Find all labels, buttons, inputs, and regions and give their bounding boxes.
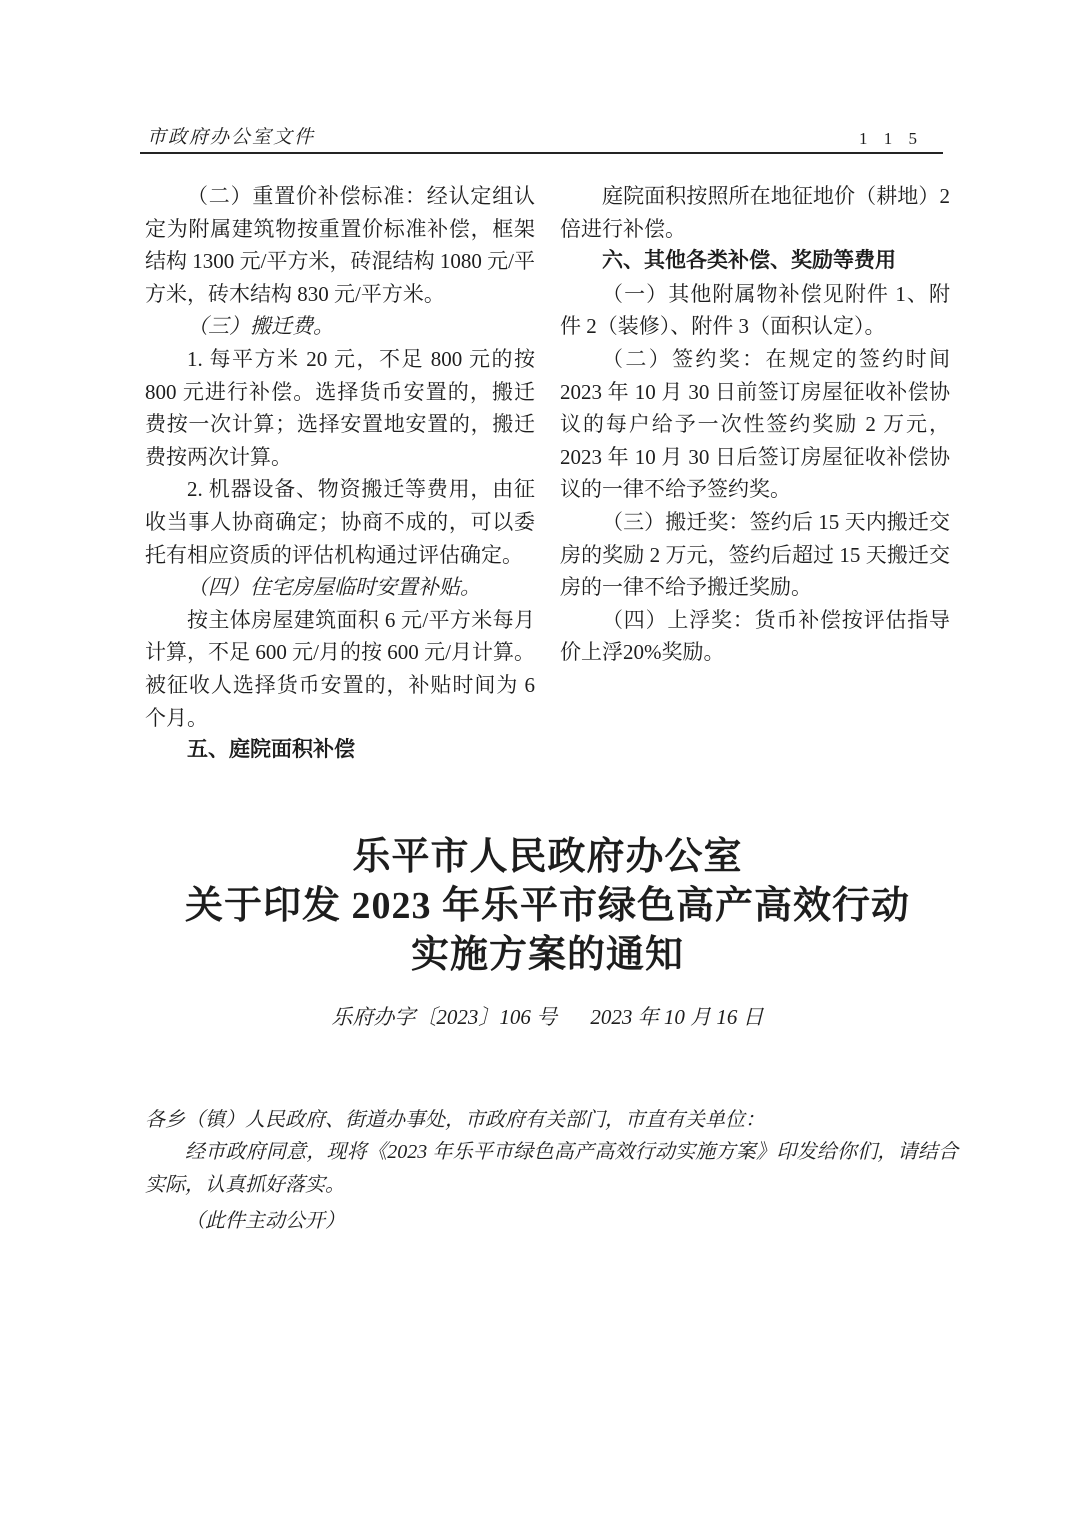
- doc-reference-line: 乐府办字〔2023〕106 号 2023 年 10 月 16 日: [145, 1001, 950, 1031]
- notice-body: 各乡（镇）人民政府、街道办事处，市政府有关部门，市直有关单位： 经市政府同意，现…: [145, 1104, 958, 1238]
- paragraph-moving-award: （三）搬迁奖：签约后 15 天内搬迁交房的奖励 2 万元，签约后超过 15 天搬…: [560, 506, 950, 604]
- document-page: 市政府办公室文件 1 1 5 （二）重置价补偿标准：经认定组认定为附属建筑物按重…: [0, 0, 1074, 1520]
- paragraph-moving-fee-item2: 2. 机器设备、物资搬迁等费用，由征收当事人协商确定；协商不成的，可以委托有相应…: [145, 473, 535, 571]
- paragraph-temporary-resettlement-detail: 按主体房屋建筑面积 6 元/平方米每月计算，不足 600 元/月的按 600 元…: [145, 604, 535, 734]
- notice-title: 乐平市人民政府办公室 关于印发 2023 年乐平市绿色高产高效行动 实施方案的通…: [145, 833, 950, 980]
- paragraph-moving-fee-item1: 1. 每平方米 20 元，不足 800 元的按 800 元进行补偿。选择货币安置…: [145, 343, 535, 473]
- paragraph-courtyard-compensation-detail: 庭院面积按照所在地征地价（耕地）2 倍进行补偿。: [560, 180, 950, 245]
- paragraph-floating-award: （四）上浮奖：货币补偿按评估指导价上浮20%奖励。: [560, 604, 950, 669]
- notice-title-line-3: 实施方案的通知: [145, 931, 950, 980]
- subheading-moving-fee: （三）搬迁费。: [145, 310, 535, 343]
- page-header-row: 市政府办公室文件 1 1 5: [140, 122, 943, 149]
- page-number: 1 1 5: [859, 129, 941, 149]
- right-column: 庭院面积按照所在地征地价（耕地）2 倍进行补偿。 六、其他各类补偿、奖励等费用 …: [560, 180, 950, 767]
- heading-courtyard-compensation: 五、庭院面积补偿: [145, 734, 535, 767]
- header-doc-type-label: 市政府办公室文件: [147, 122, 315, 149]
- page-header: 市政府办公室文件 1 1 5: [140, 0, 943, 154]
- subheading-temporary-resettlement-subsidy: （四）住宅房屋临时安置补贴。: [145, 571, 535, 604]
- paragraph-replacement-price-standard: （二）重置价补偿标准：经认定组认定为附属建筑物按重置价标准补偿，框架结构 130…: [145, 180, 535, 310]
- two-column-text-block: （二）重置价补偿标准：经认定组认定为附属建筑物按重置价标准补偿，框架结构 130…: [145, 180, 950, 767]
- paragraph-signing-award: （二）签约奖：在规定的签约时间 2023 年 10 月 30 日前签订房屋征收补…: [560, 343, 950, 506]
- left-column: （二）重置价补偿标准：经认定组认定为附属建筑物按重置价标准补偿，框架结构 130…: [145, 180, 535, 767]
- notice-title-line-2: 关于印发 2023 年乐平市绿色高产高效行动: [145, 882, 950, 931]
- header-divider: [140, 152, 943, 154]
- paragraph-other-attachments: （一）其他附属物补偿见附件 1、附件 2（装修）、附件 3（面积认定）。: [560, 278, 950, 343]
- notice-title-line-1: 乐平市人民政府办公室: [145, 833, 950, 882]
- notice-publicity-note: （此件主动公开）: [145, 1205, 958, 1238]
- doc-number: 乐府办字〔2023〕106 号: [331, 1005, 557, 1029]
- doc-date: 2023 年 10 月 16 日: [590, 1005, 763, 1029]
- notice-salutation: 各乡（镇）人民政府、街道办事处，市政府有关部门，市直有关单位：: [145, 1104, 958, 1137]
- heading-other-compensation: 六、其他各类补偿、奖励等费用: [560, 245, 950, 278]
- notice-section: 乐平市人民政府办公室 关于印发 2023 年乐平市绿色高产高效行动 实施方案的通…: [145, 833, 950, 1031]
- notice-body-paragraph: 经市政府同意，现将《2023 年乐平市绿色高产高效行动实施方案》印发给你们，请结…: [145, 1136, 958, 1202]
